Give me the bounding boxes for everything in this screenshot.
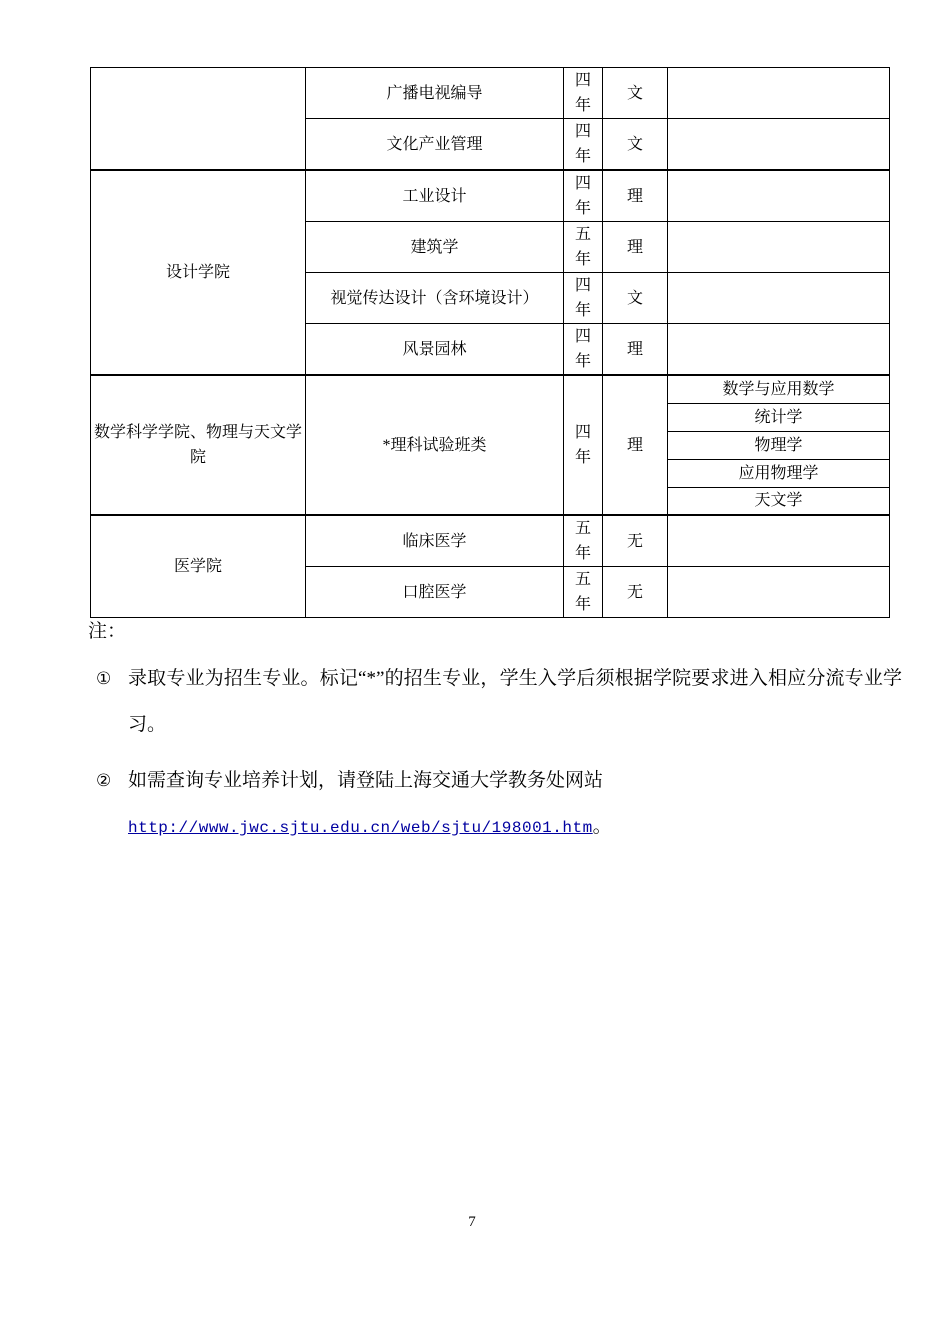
submajor-cell	[668, 273, 890, 324]
track-cell: 理	[603, 324, 668, 376]
note-text-line: 如需查询专业培养计划，请登陆上海交通大学教务处网站	[128, 758, 902, 804]
major-cell: 口腔医学	[306, 567, 564, 618]
submajor-cell: 应用物理学	[668, 459, 890, 487]
notes-label: 注：	[88, 618, 902, 646]
major-cell: 风景园林	[306, 324, 564, 376]
track-cell: 无	[603, 567, 668, 618]
programs-table: 广播电视编导 四年 文 文化产业管理 四年 文 设计学院 工业设计 四年 理 建…	[90, 67, 890, 618]
major-cell: 文化产业管理	[306, 119, 564, 171]
submajor-cell	[668, 222, 890, 273]
submajor-cell: 统计学	[668, 403, 890, 431]
major-cell: 建筑学	[306, 222, 564, 273]
track-cell: 无	[603, 515, 668, 567]
years-cell: 五年	[564, 515, 603, 567]
years-text: 四年	[574, 119, 592, 169]
major-cell: 工业设计	[306, 170, 564, 222]
years-cell: 五年	[564, 222, 603, 273]
major-cell: *理科试验班类	[306, 375, 564, 515]
major-cell: 临床医学	[306, 515, 564, 567]
years-text: 四年	[574, 324, 592, 374]
submajor-cell	[668, 567, 890, 618]
college-cell: 设计学院	[91, 170, 306, 375]
years-cell: 四年	[564, 68, 603, 119]
jwc-website-link[interactable]: http://www.jwc.sjtu.edu.cn/web/sjtu/1980…	[128, 819, 593, 837]
years-text: 四年	[574, 273, 592, 323]
submajor-cell	[668, 515, 890, 567]
note-item-1: ① 录取专业为招生专业。标记“*”的招生专业，学生入学后须根据学院要求进入相应分…	[88, 656, 902, 748]
document-page: 广播电视编导 四年 文 文化产业管理 四年 文 设计学院 工业设计 四年 理 建…	[0, 0, 944, 1334]
note-text: 如需查询专业培养计划，请登陆上海交通大学教务处网站 http://www.jwc…	[128, 758, 902, 851]
years-text: 四年	[574, 171, 592, 221]
note-marker: ①	[88, 656, 128, 748]
table-row: 医学院 临床医学 五年 无	[91, 515, 890, 567]
submajor-cell: 天文学	[668, 487, 890, 515]
submajor-cell	[668, 119, 890, 171]
track-cell: 文	[603, 68, 668, 119]
years-cell: 四年	[564, 170, 603, 222]
table-row: 设计学院 工业设计 四年 理	[91, 170, 890, 222]
years-cell: 四年	[564, 375, 603, 515]
table-row: 数学科学学院、物理与天文学院 *理科试验班类 四年 理 数学与应用数学	[91, 375, 890, 403]
notes-section: 注： ① 录取专业为招生专业。标记“*”的招生专业，学生入学后须根据学院要求进入…	[88, 618, 902, 851]
track-cell: 理	[603, 375, 668, 515]
submajor-cell: 物理学	[668, 431, 890, 459]
link-suffix: 。	[593, 816, 612, 837]
note-item-2: ② 如需查询专业培养计划，请登陆上海交通大学教务处网站 http://www.j…	[88, 758, 902, 851]
major-cell: 广播电视编导	[306, 68, 564, 119]
page-number: 7	[0, 1214, 944, 1231]
note-text: 录取专业为招生专业。标记“*”的招生专业，学生入学后须根据学院要求进入相应分流专…	[128, 656, 902, 748]
track-cell: 理	[603, 170, 668, 222]
submajor-cell	[668, 170, 890, 222]
years-text: 四年	[574, 68, 592, 118]
note-marker: ②	[88, 758, 128, 851]
years-text: 五年	[574, 222, 592, 272]
major-cell: 视觉传达设计（含环境设计）	[306, 273, 564, 324]
track-cell: 文	[603, 119, 668, 171]
years-cell: 五年	[564, 567, 603, 618]
college-cell	[91, 68, 306, 171]
table-row: 广播电视编导 四年 文	[91, 68, 890, 119]
years-text: 四年	[574, 420, 592, 470]
note-url-line: http://www.jwc.sjtu.edu.cn/web/sjtu/1980…	[128, 804, 902, 851]
years-text: 五年	[574, 567, 592, 617]
submajor-cell: 数学与应用数学	[668, 375, 890, 403]
years-cell: 四年	[564, 273, 603, 324]
years-cell: 四年	[564, 324, 603, 376]
submajor-cell	[668, 324, 890, 376]
college-cell: 医学院	[91, 515, 306, 618]
years-text: 五年	[574, 516, 592, 566]
submajor-cell	[668, 68, 890, 119]
years-cell: 四年	[564, 119, 603, 171]
track-cell: 文	[603, 273, 668, 324]
track-cell: 理	[603, 222, 668, 273]
college-cell: 数学科学学院、物理与天文学院	[91, 375, 306, 515]
